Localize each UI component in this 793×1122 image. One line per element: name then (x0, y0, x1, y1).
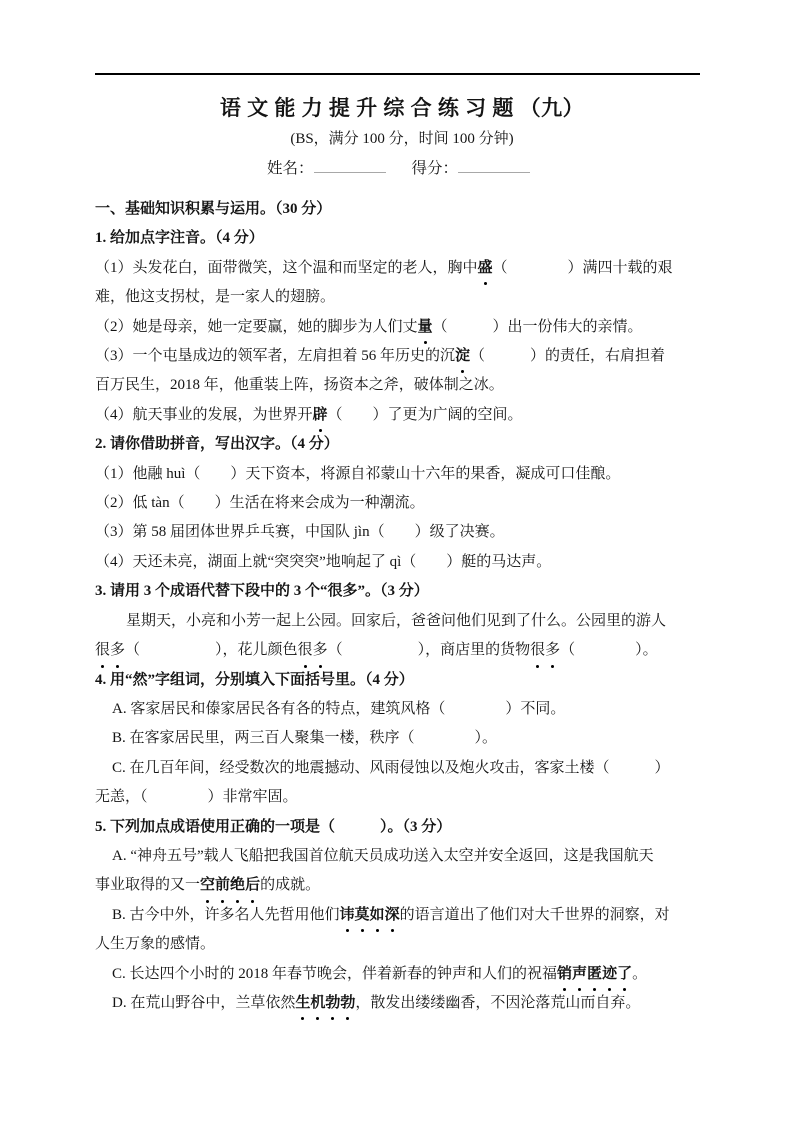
text-segment: 3. 请用 3 个成语代替下段中的 3 个“很多”。（3 分） (95, 583, 429, 599)
text-segment: 2. 请你借助拼音，写出汉字。（4 分） (95, 436, 339, 452)
option-line: A. “神舟五号”载人飞船把我国首位航天员成功送入太空并安全返回，这是我国航天 (95, 842, 709, 871)
paragraph-line: 星期天，小亮和小芳一起上公园。回家后，爸爸问他们见到了什么。公园里的游人 (95, 607, 709, 636)
dotted-char: 匿 (587, 960, 602, 989)
text-segment: 的成就。 (260, 877, 320, 893)
text-segment: （2）低 tàn（ ）生活在将来会成为一种潮流。 (95, 495, 425, 511)
question-heading: 3. 请用 3 个成语代替下段中的 3 个“很多”。（3 分） (95, 577, 709, 606)
dotted-char: 辟 (313, 401, 328, 430)
text-segment: B. 古今中外，许多名人先哲用他们 (112, 907, 340, 923)
question-line: （2）低 tàn（ ）生活在将来会成为一种潮流。 (95, 489, 709, 518)
text-segment: （ ）的责任，右肩担着 (470, 348, 665, 364)
question-line: 百万民生，2018 年，他重装上阵，扬资本之斧，破体制之冰。 (95, 371, 709, 400)
dotted-char: 迹 (602, 960, 617, 989)
option-line: C. 在几百年间，经受数次的地震撼动、风雨侵蚀以及炮火攻击，客家土楼（ ） (95, 754, 709, 783)
text-segment: （ ），花儿颜色 (125, 642, 298, 658)
option-line: C. 长达四个小时的 2018 年春节晚会，伴着新春的钟声和人们的祝福销声匿迹了… (95, 960, 709, 989)
exam-info: (BS，满分 100 分，时间 100 分钟) (95, 128, 709, 151)
text-segment: ，散发出缕缕幽香，不因沦落荒山而自弃。 (355, 995, 640, 1011)
name-score-row: 姓名：得分： (95, 156, 709, 181)
text-segment: （4）天还未亮，湖面上就“突突突”地响起了 qì（ ）艇的马达声。 (95, 554, 551, 570)
option-line: 无恙，（ ）非常牢固。 (95, 783, 709, 812)
dotted-char: 声 (572, 960, 587, 989)
question-line: （4）天还未亮，湖面上就“突突突”地响起了 qì（ ）艇的马达声。 (95, 548, 709, 577)
dotted-char: 销 (557, 960, 572, 989)
text-segment: （ ）出一份伟大的亲情。 (433, 319, 643, 335)
question-heading: 2. 请你借助拼音，写出汉字。（4 分） (95, 430, 709, 459)
option-line: B. 在客家居民里，两三百人聚集一楼，秩序（ ）。 (95, 724, 709, 753)
text-segment: 4. 用“然”字组词，分别填入下面括号里。（4 分） (95, 672, 414, 688)
text-segment: 百万民生，2018 年，他重装上阵，扬资本之斧，破体制之冰。 (95, 377, 504, 393)
text-segment: D. 在荒山野谷中，兰草依然 (112, 995, 295, 1011)
exam-page: 语 文 能 力 提 升 综 合 练 习 题 （九） (BS，满分 100 分，时… (0, 0, 793, 1122)
score-label: 得分： (412, 160, 459, 177)
text-segment: 的语言道出了他们对大千世界的洞察，对 (400, 907, 670, 923)
dotted-char: 空 (200, 871, 215, 900)
section-heading: 一、基础知识积累与运用。（30 分） (95, 195, 709, 224)
text-segment: A. “神舟五号”载人飞船把我国首位航天员成功送入太空并安全返回，这是我国航天 (112, 848, 654, 864)
dotted-char: 多 (313, 636, 328, 665)
question-line: （2）她是母亲，她一定要赢，她的脚步为人们丈量（ ）出一份伟大的亲情。 (95, 313, 709, 342)
name-label: 姓名： (267, 160, 314, 177)
paragraph-line: 很多（ ），花儿颜色很多（ ），商店里的货物很多（ ）。 (95, 636, 709, 665)
option-line: A. 客家居民和傣家居民各有各的特点，建筑风格（ ）不同。 (95, 695, 709, 724)
dotted-char: 前 (215, 871, 230, 900)
page-title: 语 文 能 力 提 升 综 合 练 习 题 （九） (95, 93, 709, 123)
text-segment: B. 在客家居民里，两三百人聚集一楼，秩序（ ）。 (112, 730, 497, 746)
text-segment: 。 (632, 966, 647, 982)
dotted-char: 多 (110, 636, 125, 665)
question-heading: 5. 下列加点成语使用正确的一项是（ ）。（3 分） (95, 813, 709, 842)
dotted-char: 如 (370, 901, 385, 930)
document-body: 一、基础知识积累与运用。（30 分）1. 给加点字注音。（4 分）（1）头发花白… (95, 195, 709, 1018)
dotted-char: 多 (545, 636, 560, 665)
text-segment: 星期天，小亮和小芳一起上公园。回家后，爸爸问他们见到了什么。公园里的游人 (126, 613, 666, 629)
option-line: 人生万象的感情。 (95, 930, 709, 959)
question-line: （4）航天事业的发展，为世界开辟（ ）了更为广阔的空间。 (95, 401, 709, 430)
question-line: 难，他这支拐杖，是一家人的翅膀。 (95, 283, 709, 312)
text-segment: 无恙，（ ）非常牢固。 (95, 789, 298, 805)
text-segment: A. 客家居民和傣家居民各有各的特点，建筑风格（ ）不同。 (112, 701, 565, 717)
dotted-char: 很 (298, 636, 313, 665)
dotted-char: 绝 (230, 871, 245, 900)
dotted-char: 了 (617, 960, 632, 989)
question-line: （1）头发花白，面带微笑，这个温和而坚定的老人，胸中盛（ ）满四十载的艰 (95, 254, 709, 283)
dotted-char: 很 (95, 636, 110, 665)
option-line: B. 古今中外，许多名人先哲用他们讳莫如深的语言道出了他们对大千世界的洞察，对 (95, 901, 709, 930)
name-blank (314, 157, 386, 173)
text-segment: （ ）满四十载的艰 (493, 260, 673, 276)
dotted-char: 深 (385, 901, 400, 930)
text-segment: （ ）了更为广阔的空间。 (328, 407, 523, 423)
dotted-char: 机 (310, 989, 325, 1018)
dotted-char: 莫 (355, 901, 370, 930)
text-segment: （ ），商店里的货物 (328, 642, 531, 658)
text-segment: （4）航天事业的发展，为世界开 (95, 407, 313, 423)
dotted-char: 勃 (340, 989, 355, 1018)
text-segment: C. 在几百年间，经受数次的地震撼动、风雨侵蚀以及炮火攻击，客家土楼（ ） (112, 760, 670, 776)
text-segment: （ ）。 (560, 642, 658, 658)
dotted-char: 量 (418, 313, 433, 342)
text-segment: （1）他融 huì（ ）天下资本，将源自祁蒙山十六年的果香，凝成可口佳酿。 (95, 466, 620, 482)
text-segment: （1）头发花白，面带微笑，这个温和而坚定的老人，胸中 (95, 260, 478, 276)
text-segment: （3）一个屯垦成边的领军者，左肩担着 56 年历史的沉 (95, 348, 455, 364)
question-line: （1）他融 huì（ ）天下资本，将源自祁蒙山十六年的果香，凝成可口佳酿。 (95, 460, 709, 489)
text-segment: 难，他这支拐杖，是一家人的翅膀。 (95, 289, 335, 305)
option-line: 事业取得的又一空前绝后的成就。 (95, 871, 709, 900)
text-segment: C. 长达四个小时的 2018 年春节晚会，伴着新春的钟声和人们的祝福 (112, 966, 557, 982)
dotted-char: 讳 (340, 901, 355, 930)
question-line: （3）第 58 届团体世界乒乓赛，中国队 jìn（ ）级了决赛。 (95, 518, 709, 547)
text-segment: （3）第 58 届团体世界乒乓赛，中国队 jìn（ ）级了决赛。 (95, 524, 505, 540)
dotted-char: 勃 (325, 989, 340, 1018)
score-blank (458, 157, 530, 173)
dotted-char: 淀 (455, 342, 470, 371)
text-segment: 一、基础知识积累与运用。（30 分） (95, 201, 331, 217)
question-line: （3）一个屯垦成边的领军者，左肩担着 56 年历史的沉淀（ ）的责任，右肩担着 (95, 342, 709, 371)
text-segment: 人生万象的感情。 (95, 936, 215, 952)
question-heading: 4. 用“然”字组词，分别填入下面括号里。（4 分） (95, 666, 709, 695)
page-content: 语 文 能 力 提 升 综 合 练 习 题 （九） (BS，满分 100 分，时… (95, 73, 709, 1018)
header-divider (95, 73, 700, 75)
dotted-char: 后 (245, 871, 260, 900)
question-heading: 1. 给加点字注音。（4 分） (95, 224, 709, 253)
text-segment: 5. 下列加点成语使用正确的一项是（ ）。（3 分） (95, 819, 451, 835)
dotted-char: 盛 (478, 254, 493, 283)
dotted-char: 生 (295, 989, 310, 1018)
option-line: D. 在荒山野谷中，兰草依然生机勃勃，散发出缕缕幽香，不因沦落荒山而自弃。 (95, 989, 709, 1018)
text-segment: （2）她是母亲，她一定要赢，她的脚步为人们丈 (95, 319, 418, 335)
dotted-char: 很 (530, 636, 545, 665)
text-segment: 1. 给加点字注音。（4 分） (95, 230, 264, 246)
text-segment: 事业取得的又一 (95, 877, 200, 893)
